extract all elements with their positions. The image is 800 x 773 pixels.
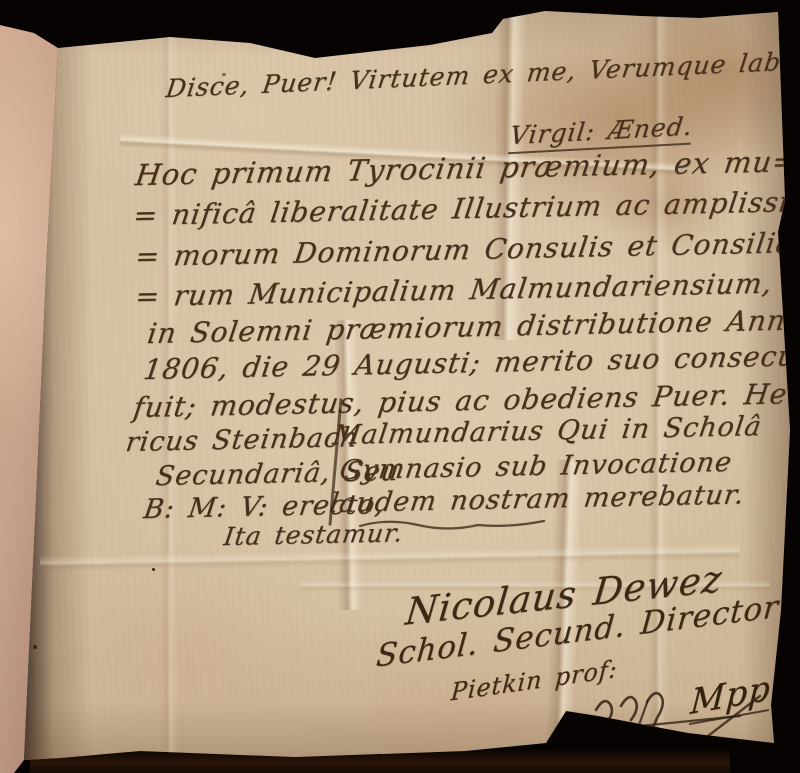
- ink-speck: [33, 645, 37, 649]
- body-line-8-left: ricus Steinbach: [124, 422, 361, 458]
- top-edge-shadow: [40, 8, 780, 54]
- photo-of-manuscript: Disce, Puer! Virtutem ex me, Verumque la…: [0, 0, 800, 773]
- body-line-1: Hoc primum Tyrocinii præmium, ex mu=: [133, 144, 800, 192]
- body-line-2: = nificâ liberalitate Illustrium ac ampl…: [131, 185, 800, 232]
- body-line-3: = morum Dominorum Consulis et Consiliari…: [133, 225, 800, 273]
- manuscript-page: Disce, Puer! Virtutem ex me, Verumque la…: [0, 0, 800, 773]
- epigraph-line: Disce, Puer! Virtutem ex me, Verumque la…: [164, 44, 800, 103]
- ink-speck: [152, 568, 155, 571]
- closing-line: Ita testamur.: [222, 518, 405, 551]
